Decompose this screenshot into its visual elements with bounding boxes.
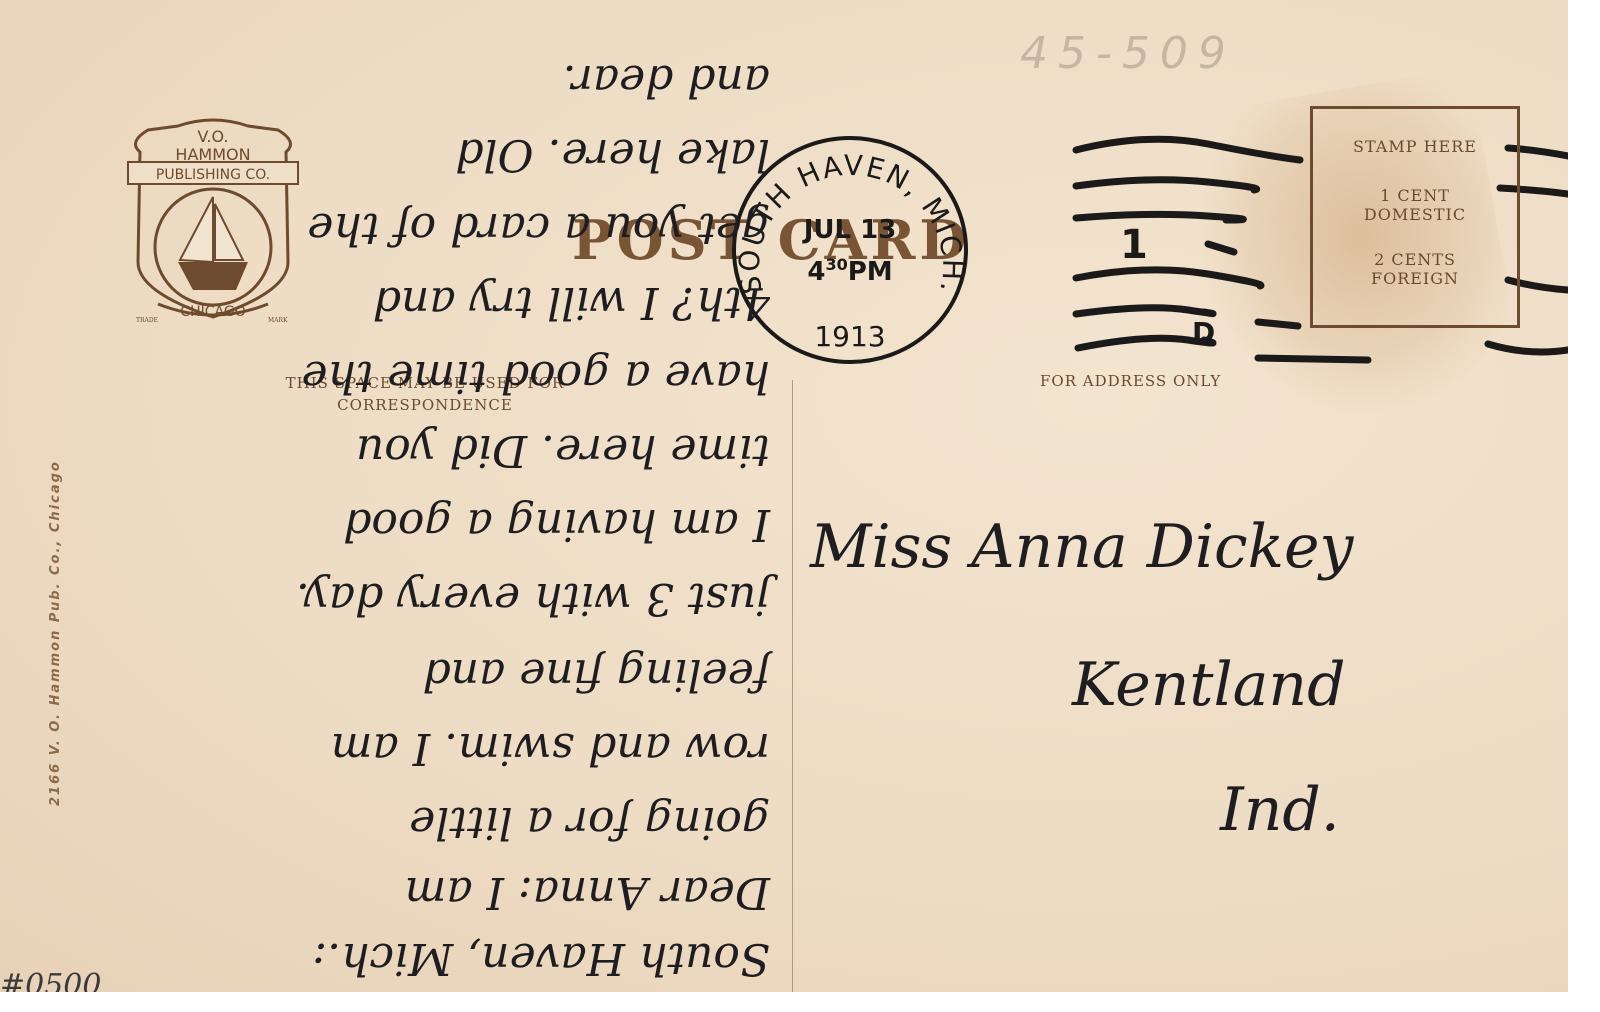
address-label: FOR ADDRESS ONLY [1040, 372, 1221, 390]
message-line: and dear. [563, 58, 770, 102]
message-line: South Haven, Mich.: [312, 936, 770, 980]
recipient-address: Miss Anna Dickey Kentland Ind. [800, 490, 1500, 870]
message-line: I am having a good [343, 502, 770, 546]
svg-text:1913: 1913 [814, 320, 885, 353]
svg-text:JUL 13: JUL 13 [802, 215, 897, 245]
message-line: 4th? I will try and [373, 280, 770, 324]
message-line: row and swim. I am [331, 726, 770, 770]
stamp-box: STAMP HERE 1 CENT DOMESTIC 2 CENTS FOREI… [1310, 106, 1520, 328]
svg-text:430PM: 430PM [807, 255, 892, 287]
foreign-label: FOREIGN [1313, 269, 1517, 288]
stamp-heading: STAMP HERE [1313, 137, 1517, 156]
message-line: time here. Did you [356, 428, 770, 472]
address-city: Kentland [1072, 650, 1346, 720]
address-state: Ind. [1220, 775, 1340, 845]
foreign-rate: 2 CENTS [1313, 250, 1517, 269]
message-line: feeling fine and [423, 652, 770, 696]
message-line: Dear Anna: I am [405, 870, 770, 914]
svg-text:D: D [1192, 316, 1215, 349]
address-name: Miss Anna Dickey [810, 512, 1353, 582]
domestic-rate: 1 CENT [1313, 186, 1517, 205]
message-line: just 3 with every day. [296, 576, 770, 620]
postcard-back: 45-509 V.O. HAMMON PUBLISHING CO. CHICAG… [0, 0, 1568, 992]
pencil-note: 45-509 [1020, 28, 1236, 79]
message-line: going for a little [409, 800, 770, 844]
message-line: have a good time the [301, 354, 770, 398]
message-line: get you a card of the [307, 206, 770, 250]
svg-text:1: 1 [1120, 222, 1148, 268]
domestic-label: DOMESTIC [1313, 205, 1517, 224]
message-line: lake here. Old [455, 132, 770, 176]
center-divider [792, 380, 793, 992]
handwritten-message: South Haven, Mich.: Dear Anna: I am goin… [0, 0, 790, 992]
inventory-number: #0500 [0, 968, 101, 992]
